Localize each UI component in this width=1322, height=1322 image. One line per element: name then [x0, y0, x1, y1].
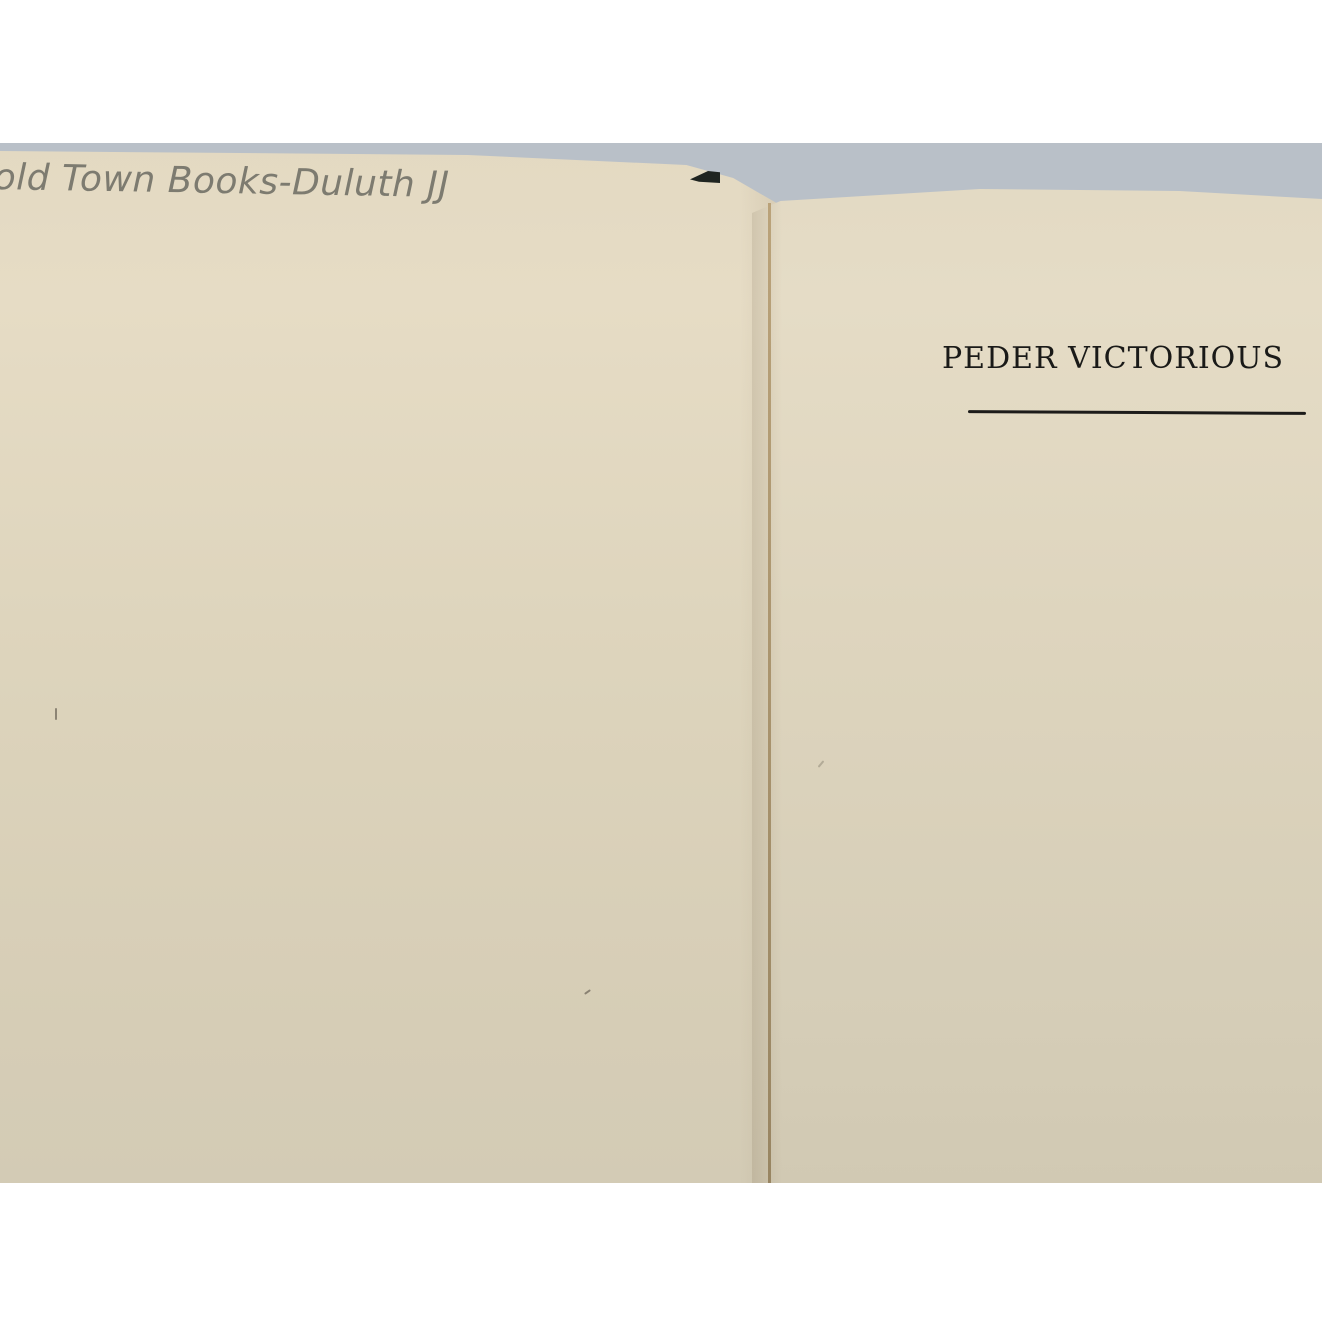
paper-speck — [584, 989, 591, 995]
pencil-inscription: old Town Books-Duluth JJ — [0, 157, 450, 206]
paper-speck — [818, 760, 825, 767]
left-page: old Town Books-Duluth JJ — [0, 143, 780, 1183]
half-title: PEDER VICTORIOUS — [942, 341, 1284, 376]
paper-speck — [55, 708, 57, 720]
book-gutter — [768, 203, 771, 1183]
right-page — [752, 143, 1322, 1183]
book-photo: old Town Books-Duluth JJ PEDER VICTORIOU… — [0, 143, 1322, 1183]
